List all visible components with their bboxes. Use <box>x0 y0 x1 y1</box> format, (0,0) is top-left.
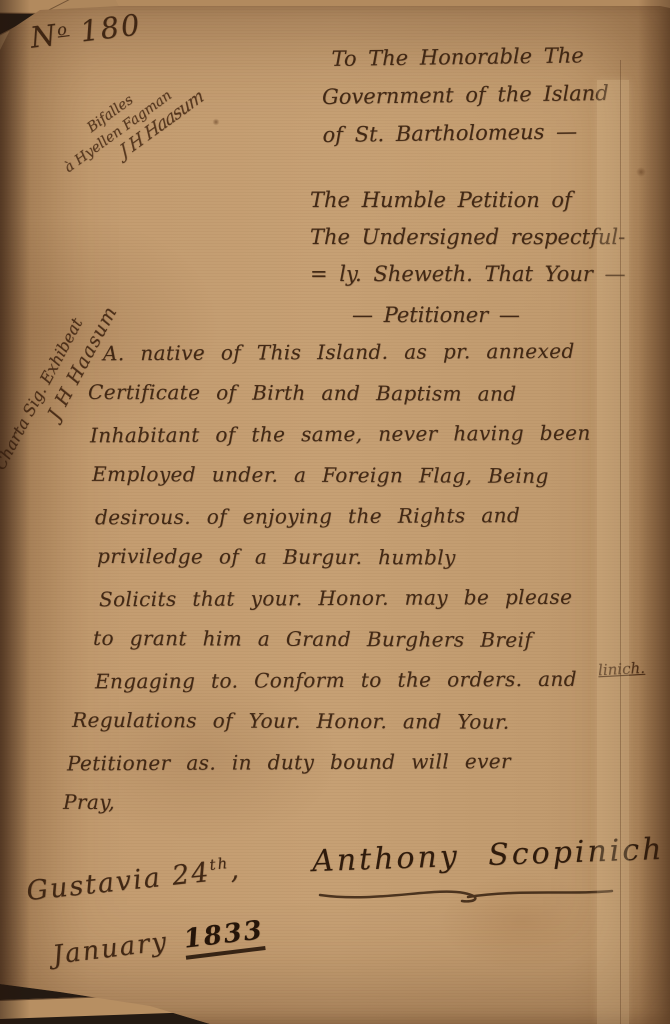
right-edge-shadow <box>638 0 670 1024</box>
salutation: To The Honorable The Government of the I… <box>321 36 609 154</box>
document-number-superscript: o <box>56 19 70 39</box>
body-line: A. native of This Island. as pr. annexed <box>103 339 591 383</box>
binding-shadow <box>0 0 30 1024</box>
body-line: Pray, <box>63 790 591 833</box>
body-line: priviledge of a Burgur. humbly <box>97 544 591 587</box>
salutation-line: To The Honorable The <box>331 36 608 78</box>
body-line: Engaging to. Conform to the orders. and <box>95 667 591 711</box>
page-crease-line <box>620 60 621 1024</box>
document-number-value: 180 <box>78 7 143 48</box>
dateline-superscript: th <box>209 854 230 874</box>
dateline-month-year: January1833 <box>51 915 265 971</box>
petition-manuscript-scan: No 180 Bifalles à Hyellen Fagman J H Haa… <box>0 0 670 1024</box>
dateline-place-text: Gustavia 24 <box>25 857 212 907</box>
intro-line: = ly. Sheweth. That Your — <box>310 256 626 293</box>
intro-line: The Undersigned respectful- <box>310 219 626 256</box>
manuscript-page: No 180 Bifalles à Hyellen Fagman J H Haa… <box>0 0 670 1024</box>
dateline-punct: , <box>228 854 242 886</box>
body-line: Certificate of Birth and Baptism and <box>88 380 591 423</box>
body-line: to grant him a Grand Burghers Breif <box>93 626 591 669</box>
petition-body: A. native of This Island. as pr. annexed… <box>88 340 591 832</box>
body-line: Regulations of Your. Honor. and Your. <box>72 708 591 751</box>
petitioner-heading: — Petitioner — <box>352 303 520 327</box>
body-line: Petitioner as. in duty bound will ever <box>67 749 591 793</box>
petition-intro: The Humble Petition of The Undersigned r… <box>310 182 626 293</box>
repair-tape-strip <box>597 80 629 1024</box>
body-line: Inhabitant of the same, never having bee… <box>90 421 591 465</box>
intro-line: The Humble Petition of <box>310 182 626 219</box>
signature-flourish <box>316 880 616 906</box>
body-line: Solicits that your. Honor. may be please <box>99 585 591 629</box>
dateline-place: Gustavia 24th, <box>25 853 242 907</box>
dateline-month: January <box>51 927 170 971</box>
body-line: Employed under. a Foreign Flag, Being <box>92 462 591 505</box>
salutation-line: of St. Bartholomeus — <box>322 112 609 154</box>
dateline-year: 1833 <box>182 915 266 960</box>
body-line: desirous. of enjoying the Rights and <box>95 503 591 547</box>
approval-annotation: Bifalles à Hyellen Fagman J H Haasum <box>48 57 207 194</box>
document-number: No 180 <box>28 7 143 54</box>
salutation-line: Government of the Island <box>322 74 609 116</box>
